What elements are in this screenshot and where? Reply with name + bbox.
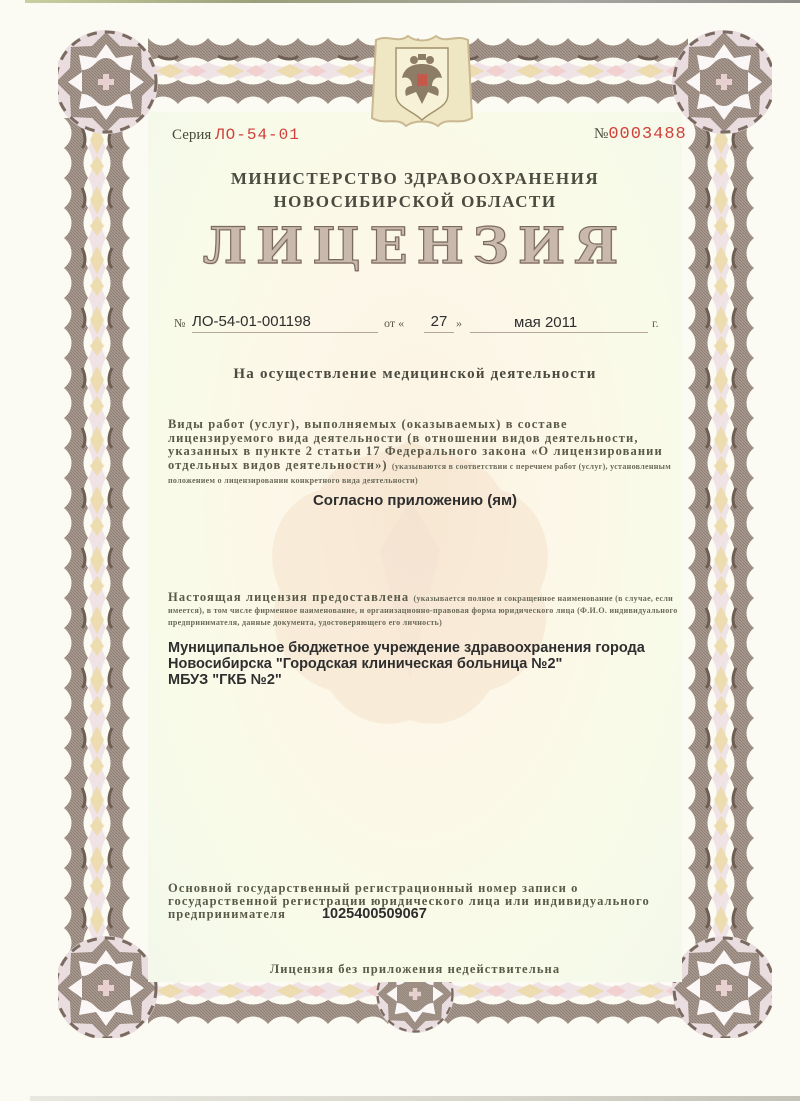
document-title: ЛИЦЕНЗИЯ xyxy=(150,216,680,275)
series-field: Серия ЛО-54-01 xyxy=(172,126,300,144)
ogrn-label-3: предпринимателя xyxy=(168,907,286,921)
series-value: ЛО-54-01 xyxy=(215,126,300,144)
reg-month-year-value: мая 2011 xyxy=(470,313,648,333)
issuing-authority: МИНИСТЕРСТВО ЗДРАВООХРАНЕНИЯ НОВОСИБИРСК… xyxy=(150,167,680,213)
reg-number-label: № xyxy=(174,316,185,331)
granted-section: Настоящая лицензия предоставлена (указыв… xyxy=(168,592,680,628)
reg-year-suffix: г. xyxy=(652,316,659,331)
emblem-plaque xyxy=(368,30,476,132)
number-value: 0003488 xyxy=(608,125,686,144)
series-label: Серия xyxy=(172,127,211,143)
reg-from-label: от « xyxy=(384,316,404,331)
scan-edge-bottom xyxy=(30,1096,800,1101)
ogrn-section: Основной государственный регистрационный… xyxy=(168,882,680,921)
scan-edge-top xyxy=(25,0,800,3)
granted-label: Настоящая лицензия предоставлена xyxy=(168,590,409,604)
reg-day-close: » xyxy=(456,316,462,331)
ministry-line-2: НОВОСИБИРСКОЙ ОБЛАСТИ xyxy=(150,190,680,213)
licensed-activity: На осуществление медицинской деятельност… xyxy=(150,366,680,383)
registration-line: № ЛО-54-01-001198 от « 27 » мая 2011 г. xyxy=(174,311,674,333)
org-line-1: Муниципальное бюджетное учреждение здрав… xyxy=(168,640,680,656)
reg-number-value: ЛО-54-01-001198 xyxy=(192,312,378,333)
blank-number-field: №0003488 xyxy=(594,125,687,144)
works-section: Виды работ (услуг), выполняемых (оказыва… xyxy=(168,418,678,488)
organization-name: Муниципальное бюджетное учреждение здрав… xyxy=(168,640,680,688)
number-label: № xyxy=(594,126,608,142)
footer-note: Лицензия без приложения недействительна xyxy=(150,962,680,977)
org-line-3: МБУЗ "ГКБ №2" xyxy=(168,672,680,688)
org-line-2: Новосибирска "Городская клиническая боль… xyxy=(168,656,680,672)
works-value: Согласно приложению (ям) xyxy=(150,492,680,509)
ogrn-value: 1025400509067 xyxy=(322,906,427,922)
ministry-line-1: МИНИСТЕРСТВО ЗДРАВООХРАНЕНИЯ xyxy=(150,167,680,190)
reg-day-value: 27 xyxy=(424,312,454,333)
